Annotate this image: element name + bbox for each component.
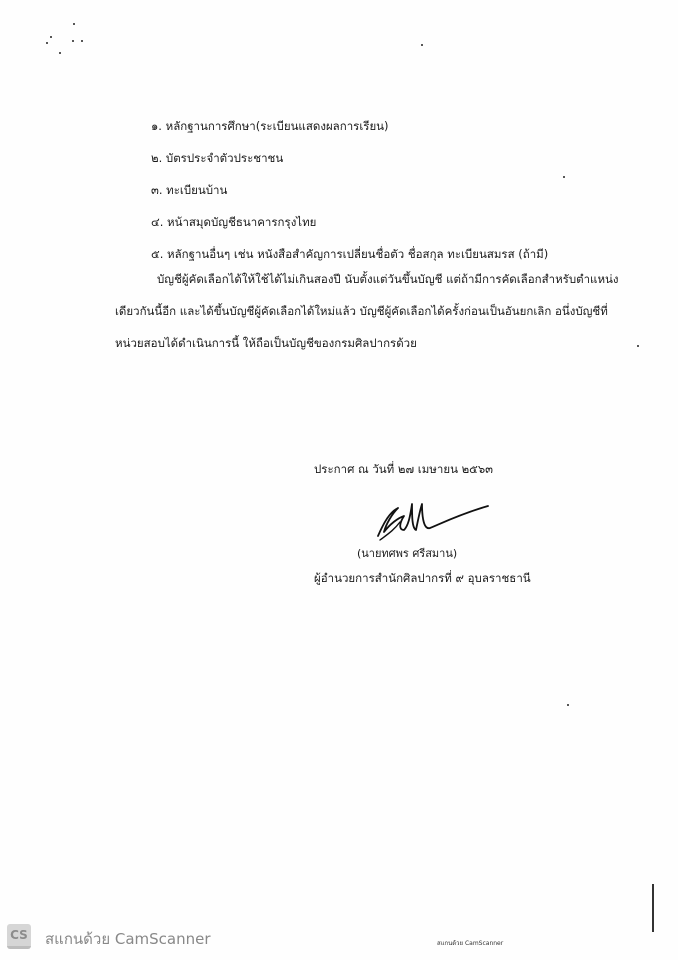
- scan-speck: [72, 40, 74, 42]
- document-list-item-4: ๔. หน้าสมุดบัญชีธนาคารกรุงไทย: [151, 214, 316, 230]
- scan-edge-line: [652, 884, 654, 932]
- scan-speck: [81, 40, 83, 42]
- scan-speck: [50, 36, 52, 38]
- signer-name: (นายทศพร ศรีสมาน): [357, 544, 457, 562]
- paragraph-line-1: บัญชีผู้คัดเลือกได้ให้ใช้ได้ไม่เกินสองปี…: [115, 263, 640, 295]
- validity-paragraph: บัญชีผู้คัดเลือกได้ให้ใช้ได้ไม่เกินสองปี…: [115, 263, 640, 359]
- scan-speck: [46, 42, 48, 44]
- scan-speck: [59, 52, 61, 54]
- document-list-item-5: ๕. หลักฐานอื่นๆ เช่น หนังสือสำคัญการเปลี…: [151, 246, 548, 262]
- camscanner-logo-icon: CS: [7, 924, 31, 949]
- scan-speck: [563, 176, 565, 178]
- scan-speck: [421, 44, 423, 46]
- signer-position: ผู้อำนวยการสำนักศิลปากรที่ ๙ อุบลราชธานี: [314, 570, 531, 588]
- camscanner-small-watermark: สแกนด้วย CamScanner: [437, 938, 503, 948]
- paragraph-line-3: หน่วยสอบได้ดำเนินการนี้ ให้ถือเป็นบัญชีข…: [115, 327, 640, 359]
- document-list-item-1: ๑. หลักฐานการศึกษา(ระเบียนแสดงผลการเรียน…: [151, 118, 389, 134]
- document-list-item-2: ๒. บัตรประจำตัวประชาชน: [151, 150, 283, 166]
- scanned-document-page: ๑. หลักฐานการศึกษา(ระเบียนแสดงผลการเรียน…: [0, 0, 678, 960]
- camscanner-watermark: สแกนด้วย CamScanner: [45, 927, 211, 951]
- announcement-date: ประกาศ ณ วันที่ ๒๗ เมษายน ๒๕๖๓: [314, 461, 493, 479]
- scan-speck: [567, 704, 569, 706]
- scan-speck: [73, 23, 75, 25]
- signature-image: [370, 500, 495, 542]
- paragraph-line-2: เดียวกันนี้อีก และได้ขึ้นบัญชีผู้คัดเลือ…: [115, 295, 640, 327]
- document-list-item-3: ๓. ทะเบียนบ้าน: [151, 182, 227, 198]
